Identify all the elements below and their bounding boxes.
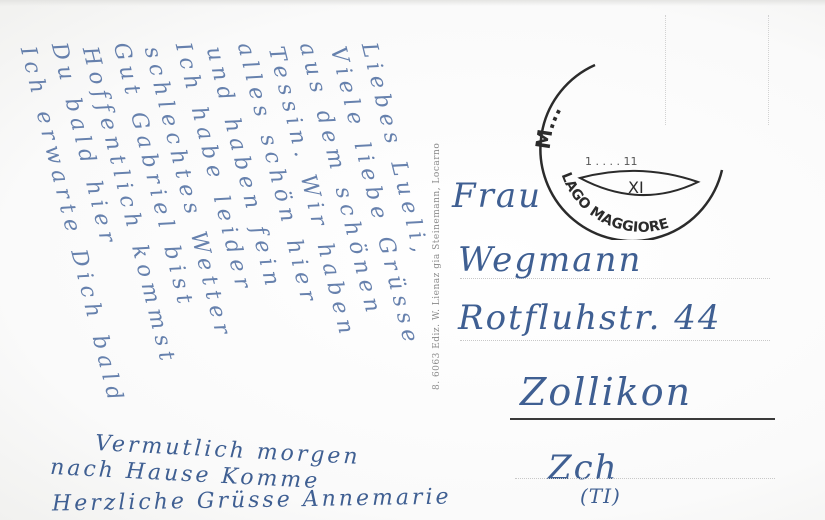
footer-line-3: Herzliche Grüsse Annemarie xyxy=(52,485,452,517)
address-line-5: Zch xyxy=(548,448,619,488)
postmark-icon: XI 1 . . . . 11 M... LAGO MAGGIORE xyxy=(530,50,730,240)
address-line-4: Zollikon xyxy=(520,370,692,414)
address-line-2: Wegmann xyxy=(458,240,642,280)
publisher-imprint: 8. 6063 Ediz. W. Lienaz gia Steinemann, … xyxy=(432,143,442,390)
svg-text:1 . . . . 11: 1 . . . . 11 xyxy=(585,155,637,168)
address-underline xyxy=(510,418,775,420)
svg-text:M...: M... xyxy=(531,100,566,150)
address-line-1: Frau xyxy=(452,176,542,216)
svg-text:LAGO MAGGIORE: LAGO MAGGIORE xyxy=(558,170,671,236)
paper-edge xyxy=(0,0,825,6)
address-rule xyxy=(515,478,775,479)
address-region: (TI) xyxy=(580,484,621,508)
svg-text:XI: XI xyxy=(628,178,644,197)
address-line-3: Rotfluhstr. 44 xyxy=(458,298,722,338)
address-rule xyxy=(460,340,770,341)
postcard-back: Liebes Lueli,Viele liebe Grüsseaus dem s… xyxy=(0,0,825,520)
